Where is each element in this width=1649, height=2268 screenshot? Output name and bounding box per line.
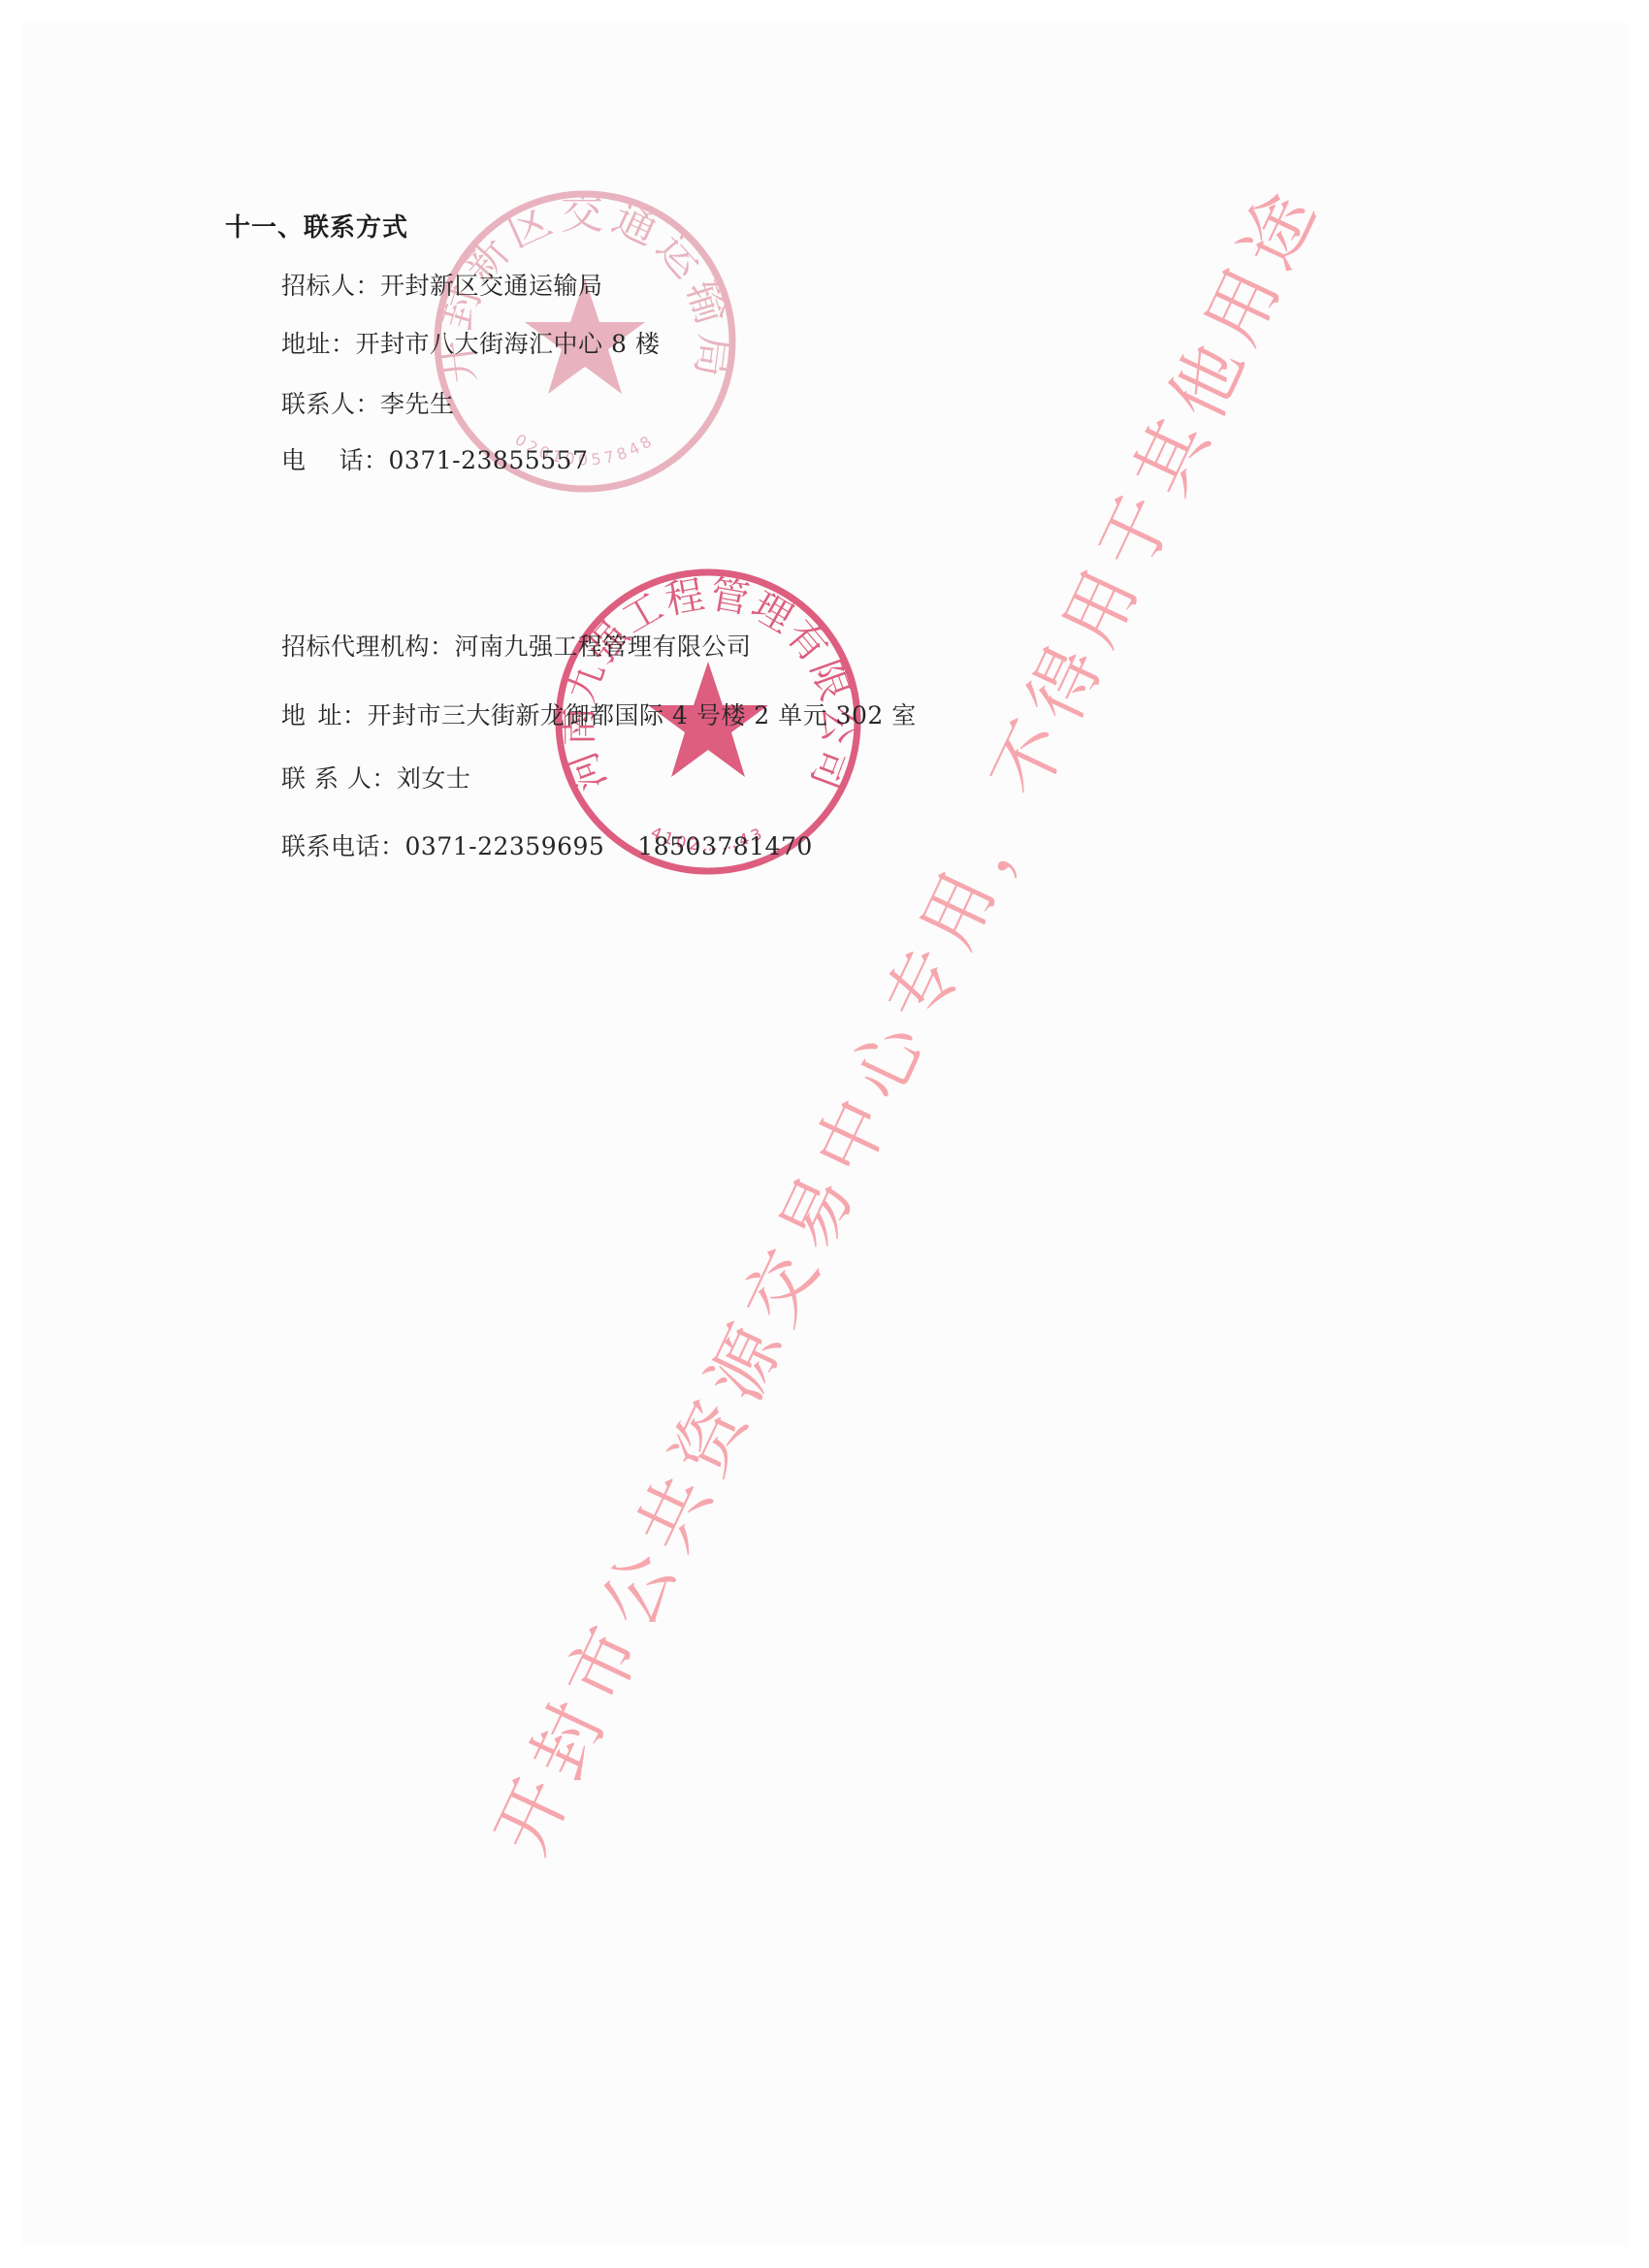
- agency-phone-mobile: 18503781470: [637, 832, 812, 860]
- tenderer-phone-label: 电: [281, 446, 307, 474]
- agency-phone-label: 联系电话：: [281, 832, 405, 860]
- agency-address-value: 开封市三大街新龙御都国际 4 号楼 2 单元 302 室: [368, 701, 917, 729]
- agency-contact-value: 刘女士: [397, 764, 471, 793]
- agency-phone-row: 联系电话：0371-2235969518503781470: [281, 832, 813, 861]
- tenderer-name-label: 招标人：: [281, 272, 380, 300]
- agency-contact-row: 联 系 人：刘女士: [281, 764, 470, 794]
- agency-contact-label: 联 系 人：: [281, 764, 397, 793]
- tenderer-address-value: 开封市八大街海汇中心 8 楼: [356, 330, 661, 358]
- tenderer-name-value: 开封新区交通运输局: [380, 272, 603, 300]
- section-heading: 十一、联系方式: [225, 208, 408, 243]
- agency-address-row: 地址：开封市三大街新龙御都国际 4 号楼 2 单元 302 室: [281, 701, 917, 730]
- tenderer-contact-row: 联系人：李先生: [281, 390, 455, 419]
- tenderer-contact-value: 李先生: [380, 390, 455, 418]
- agency-address-label: 地: [281, 701, 307, 729]
- agency-name-row: 招标代理机构：河南九强工程管理有限公司: [281, 632, 752, 662]
- agency-name-value: 河南九强工程管理有限公司: [455, 632, 752, 661]
- tenderer-phone-row: 电话：0371-23855557: [281, 446, 588, 475]
- tenderer-address-label: 地址：: [281, 330, 356, 358]
- tenderer-address-row: 地址：开封市八大街海汇中心 8 楼: [281, 330, 660, 359]
- tenderer-contact-label: 联系人：: [281, 390, 380, 418]
- tenderer-name-row: 招标人：开封新区交通运输局: [281, 272, 603, 301]
- tenderer-phone-value: 0371-23855557: [389, 446, 589, 474]
- agency-phone-landline: 0371-22359695: [405, 832, 605, 860]
- agency-name-label: 招标代理机构：: [281, 632, 455, 661]
